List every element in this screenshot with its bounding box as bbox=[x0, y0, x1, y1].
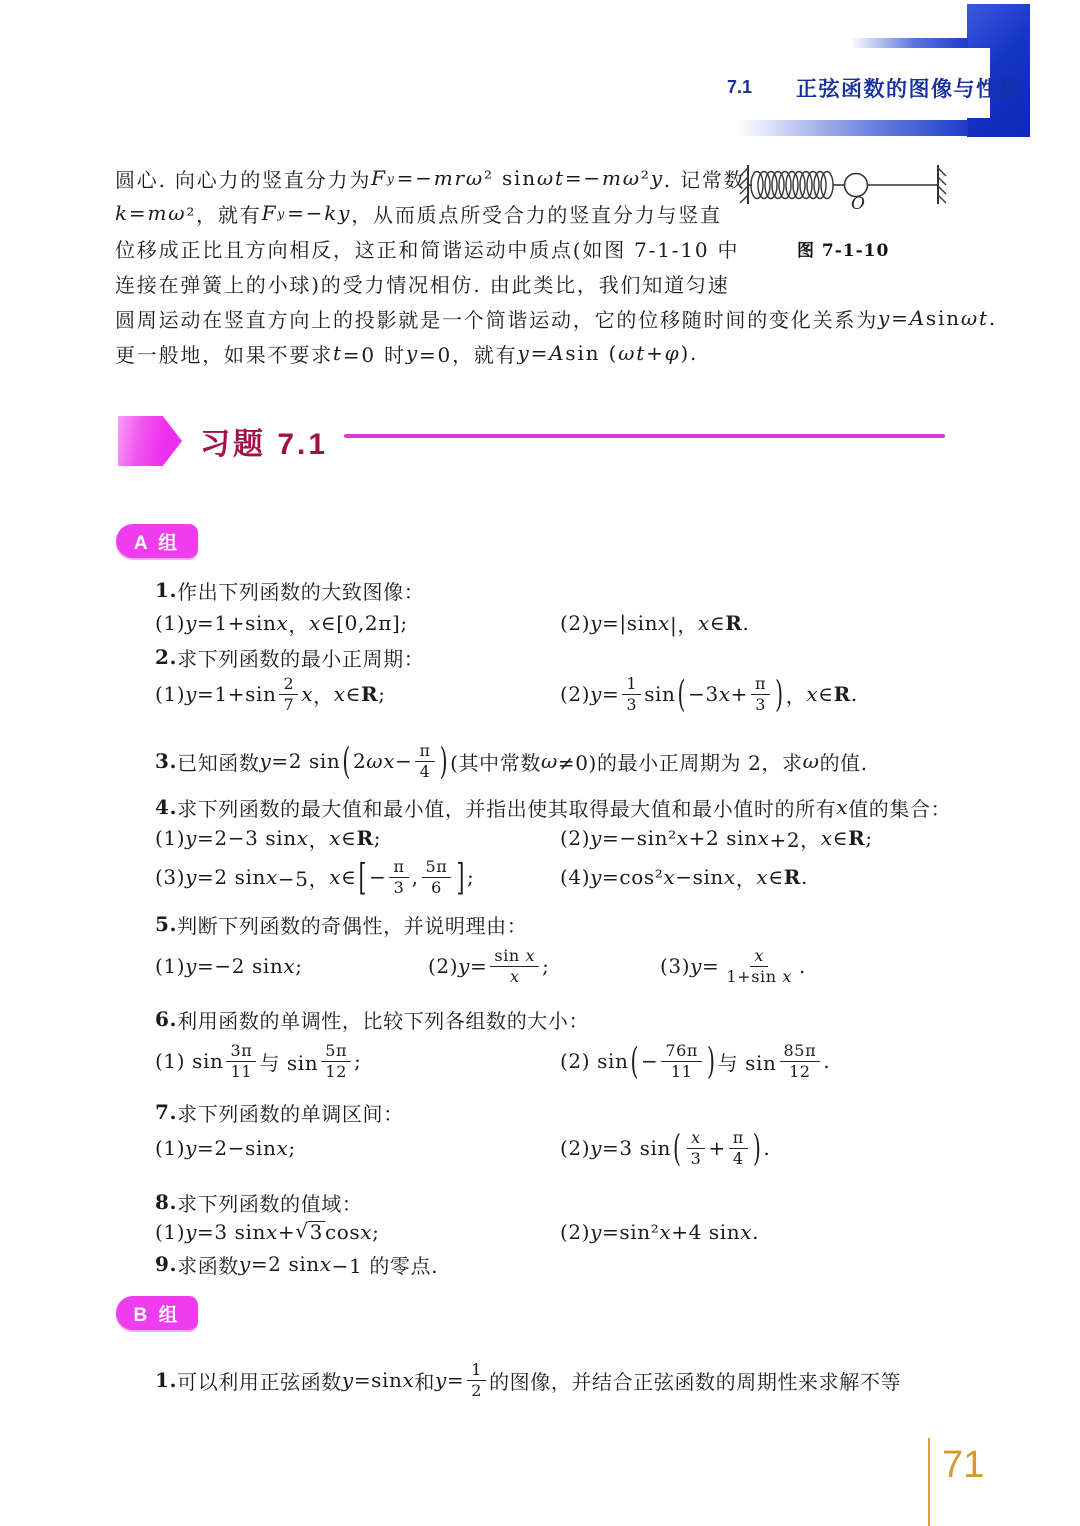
problem-4-item-4: (4) y=cos²x−sinx， x∈R. bbox=[560, 852, 808, 902]
problem-1-item-1: (1) y=1+sin x， x∈[0,2π]; bbox=[155, 608, 408, 638]
problem-3: 3. 已知函数 y=2 sin (2ωx−π4) (其中常数 ω≠0)的最小正周… bbox=[155, 736, 868, 786]
page-number: 71 bbox=[942, 1444, 984, 1487]
problem-4-item-3: (3) y=2 sin x−5， x∈[−π3,5π6]; bbox=[155, 852, 474, 902]
problem-5-items: (1) y=−2 sin x; (2) y=sin xx; (3) y=x1+s… bbox=[155, 938, 965, 994]
problem-9: 9. 求函数 y=2 sin x−1 的零点. bbox=[155, 1250, 438, 1278]
problem-5-item-3: (3) y=x1+sin x. bbox=[660, 938, 806, 994]
problem-2-item-2: (2) y=13 sin (−3x+π3)， x∈R. bbox=[560, 666, 858, 722]
problem-4-heading: 4. 求下列函数的最大值和最小值，并指出使其取得最大值和最小值时的所有 x 值的… bbox=[155, 793, 951, 821]
problem-8-items: (1) y=3 sin x+√3 cos x; (2) y=sin²x+4 si… bbox=[155, 1216, 965, 1248]
problem-2-items: (1) y=1+sin 27x， x∈R; (2) y=13 sin (−3x+… bbox=[155, 666, 965, 722]
problem-2-item-1: (1) y=1+sin 27x， x∈R; bbox=[155, 666, 386, 722]
intro-line: 更一般地，如果不要求 t=0 时 y=0，就有 y=A sin (ωt+φ). bbox=[115, 338, 698, 368]
problem-6-heading: 6. 利用函数的单调性，比较下列各组数的大小： bbox=[155, 1005, 589, 1033]
intro-line: 圆周运动在竖直方向上的投影就是一个简谐运动，它的位移随时间的变化关系为 y=A … bbox=[115, 303, 997, 333]
problem-4-item-2: (2) y=−sin²x+2 sin x+2， x∈R; bbox=[560, 823, 873, 853]
problem-7-items: (1) y=2−sin x; (2) y=3 sin (x3+π4). bbox=[155, 1122, 965, 1174]
problem-b1: 1. 可以利用正弦函数 y=sin x 和 y=12的图像，并结合正弦函数的周期… bbox=[155, 1354, 901, 1406]
problem-4-items-row-2: (3) y=2 sin x−5， x∈[−π3,5π6]; (4) y=cos²… bbox=[155, 852, 965, 902]
problem-5-item-1: (1) y=−2 sin x; bbox=[155, 938, 303, 994]
origin-label: O bbox=[847, 194, 869, 214]
problem-8-item-2: (2) y=sin²x+4 sin x. bbox=[560, 1216, 759, 1248]
problem-1-items: (1) y=1+sin x， x∈[0,2π]; (2) y=|sin x|， … bbox=[155, 608, 965, 638]
problem-6-items: (1) sin 3π11与 sin 5π12; (2) sin (−76π11)… bbox=[155, 1032, 965, 1090]
problem-5-heading: 5. 判断下列函数的奇偶性，并说明理由： bbox=[155, 910, 527, 938]
problem-8-item-1: (1) y=3 sin x+√3 cos x; bbox=[155, 1216, 380, 1248]
intro-line: 连接在弹簧上的小球)的受力情况相仿. 由此类比，我们知道匀速 bbox=[115, 268, 730, 298]
footer-rule bbox=[928, 1438, 930, 1526]
textbook-page: 7.1 正弦函数的图像与性质 圆心. 向心力的竖直分力为 Fy=−mrω² si… bbox=[0, 0, 1080, 1526]
problem-1-heading: 1. 作出下列函数的大致图像： bbox=[155, 576, 424, 604]
section-number: 7.1 bbox=[727, 77, 752, 98]
header-gradient-bottom bbox=[737, 120, 968, 136]
header-gradient-top bbox=[850, 38, 968, 48]
banner-arrow-icon bbox=[118, 416, 182, 466]
problem-1-item-2: (2) y=|sin x|， x∈R. bbox=[560, 608, 749, 638]
banner-rule bbox=[344, 434, 945, 438]
problem-8-heading: 8. 求下列函数的值域： bbox=[155, 1188, 363, 1216]
spring-figure: O 图 7-1-10 bbox=[735, 160, 950, 265]
problem-4-item-1: (1) y=2−3 sin x， x∈R; bbox=[155, 823, 381, 853]
problem-7-item-2: (2) y=3 sin (x3+π4). bbox=[560, 1122, 770, 1174]
section-title: 正弦函数的图像与性质 bbox=[796, 73, 1021, 103]
problem-6-item-1: (1) sin 3π11与 sin 5π12; bbox=[155, 1032, 362, 1090]
problem-6-item-2: (2) sin (−76π11)与 sin 85π12. bbox=[560, 1032, 830, 1090]
problem-4-items-row-1: (1) y=2−3 sin x， x∈R; (2) y=−sin²x+2 sin… bbox=[155, 823, 965, 853]
intro-line: 圆心. 向心力的竖直分力为 Fy=−mrω² sin ωt=−mω²y. 记常数 bbox=[115, 163, 746, 193]
group-b-badge: B 组 bbox=[116, 1296, 198, 1330]
intro-line: 位移成正比且方向相反，这正和简谐运动中质点(如图 7-1-10 中 bbox=[115, 233, 739, 263]
intro-line: k=mω²，就有 Fy=−ky，从而质点所受合力的竖直分力与竖直 bbox=[115, 198, 722, 228]
group-a-badge: A 组 bbox=[116, 524, 198, 558]
problem-7-item-1: (1) y=2−sin x; bbox=[155, 1122, 296, 1174]
exercise-banner-title: 习题 7.1 bbox=[200, 419, 328, 463]
figure-caption: 图 7-1-10 bbox=[797, 236, 889, 261]
problem-5-item-2: (2) y=sin xx; bbox=[428, 938, 550, 994]
